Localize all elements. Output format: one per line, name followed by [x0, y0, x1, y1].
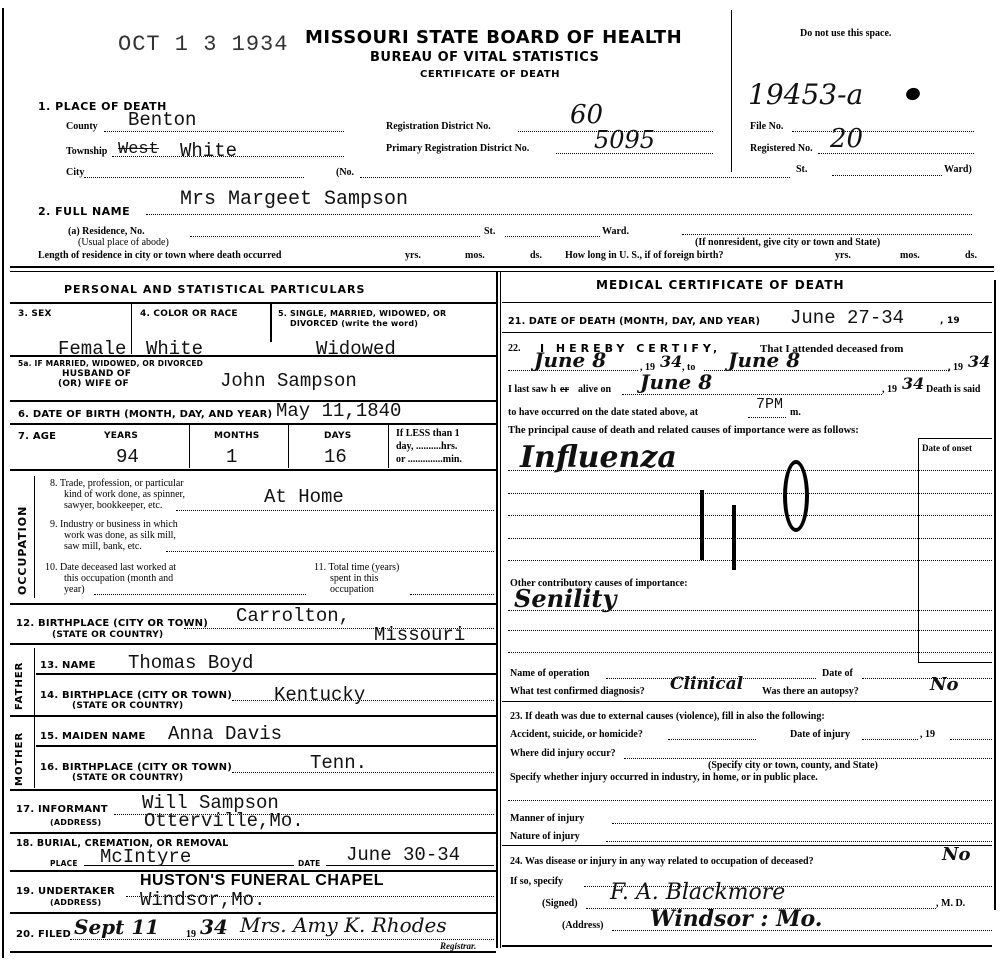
personal-section-title: PERSONAL AND STATISTICAL PARTICULARS — [64, 283, 365, 296]
accident-label: Accident, suicide, or homicide? — [510, 729, 643, 740]
spouse-value: John Sampson — [220, 370, 357, 392]
age-label: 7. AGE — [18, 431, 56, 442]
burial-date-value: June 30-34 — [346, 844, 460, 866]
column-divider — [496, 272, 498, 948]
marginal-annotation — [700, 490, 704, 560]
occurred-label: to have occurred on the date stated abov… — [508, 407, 698, 418]
reg-district-label: Registration District No. — [386, 121, 491, 132]
date-injury-label: Date of injury — [790, 729, 850, 740]
industry-label-3: saw mill, bank, etc. — [64, 541, 142, 552]
death-said-label: Death is said — [926, 384, 980, 395]
autopsy-label: Was there an autopsy? — [762, 686, 859, 697]
length-yrs: yrs. — [405, 250, 421, 261]
autopsy-value: No — [930, 674, 958, 695]
undertaker-name-value: HUSTON'S FUNERAL CHAPEL — [140, 872, 384, 890]
foreign-ds: ds. — [965, 250, 977, 261]
foreign-yrs: yrs. — [835, 250, 851, 261]
external-causes-label: 23. If death was due to external causes … — [510, 711, 825, 722]
full-name-value: Mrs Margeet Sampson — [180, 188, 408, 211]
nature-injury-label: Nature of injury — [510, 831, 580, 842]
no-label: (No. — [336, 167, 354, 178]
file-no-label: File No. — [750, 121, 783, 132]
dob-value: May 11,1840 — [276, 400, 401, 422]
father-birthplace-value: Kentucky — [274, 684, 365, 706]
father-birthplace-label-2: (STATE OR COUNTRY) — [72, 701, 183, 711]
burial-place-value: McIntyre — [100, 846, 191, 868]
total-time-label-2: spent in this — [330, 573, 378, 584]
burial-place-label: PLACE — [50, 859, 78, 868]
residence-ward-label: Ward. — [602, 226, 629, 237]
full-name-label: 2. FULL NAME — [38, 205, 130, 218]
less-than-label-1: If LESS than 1 — [396, 428, 460, 439]
burial-date-label: DATE — [298, 859, 321, 868]
residence-st-label: St. — [484, 226, 495, 237]
where-injury-label: Where did injury occur? — [510, 748, 616, 759]
race-label: 4. COLOR OR RACE — [140, 309, 238, 319]
primary-reg-value: 5095 — [594, 126, 655, 154]
registrar-label: Registrar. — [440, 941, 476, 951]
filed-label: 20. FILED — [16, 929, 71, 940]
mother-name-label: 15. MAIDEN NAME — [40, 731, 145, 742]
filed-date-value: Sept 11 — [74, 915, 159, 939]
dod-value: June 27-34 — [790, 307, 904, 329]
left-border — [2, 8, 4, 958]
attended-from-year: 34 — [660, 352, 682, 371]
informant-address-label: (ADDRESS) — [50, 818, 101, 827]
physician-signature: F. A. Blackmore — [610, 880, 785, 905]
mother-side-label: MOTHER — [14, 732, 25, 786]
trade-label-3: sawyer, bookkeeper, etc. — [64, 500, 162, 511]
dob-label: 6. DATE OF BIRTH (MONTH, DAY, AND YEAR) — [18, 409, 272, 420]
spouse-label-2: HUSBAND OF — [62, 369, 131, 379]
trade-label-1: 8. Trade, profession, or particular — [50, 478, 184, 489]
months-label: MONTHS — [214, 431, 260, 441]
father-name-value: Thomas Boyd — [128, 652, 253, 674]
less-than-label-3: or ..............min. — [396, 454, 462, 465]
undertaker-label: 19. UNDERTAKER — [16, 886, 115, 897]
file-number-dot — [904, 86, 921, 102]
mother-name-value: Anna Davis — [168, 723, 282, 745]
last-saw-date: June 8 — [640, 370, 712, 394]
last-worked-label-1: 10. Date deceased last worked at — [45, 562, 176, 573]
nonresident-note: (If nonresident, give city or town and S… — [695, 237, 880, 248]
document-subtitle: BUREAU OF VITAL STATISTICS — [370, 50, 599, 65]
city-label: City — [66, 167, 84, 178]
manner-injury-label: Manner of injury — [510, 813, 584, 824]
md-label: , M. D. — [936, 898, 965, 909]
occupation-side-label: OCCUPATION — [16, 506, 29, 595]
spouse-label-1: 5a. IF MARRIED, WIDOWED, OR DIVORCED — [18, 359, 203, 368]
last-worked-label-3: year) — [64, 584, 85, 595]
medical-section-title: MEDICAL CERTIFICATE OF DEATH — [596, 278, 845, 292]
residence-label: (a) Residence, No. — [68, 226, 145, 237]
registered-no-value: 20 — [830, 124, 863, 154]
years-label: YEARS — [104, 431, 138, 441]
attended-to-date: June 8 — [728, 348, 800, 372]
mother-birthplace-label-1: 16. BIRTHPLACE (CITY OR TOWN) — [40, 762, 232, 773]
trade-value: At Home — [264, 486, 344, 508]
right-border — [994, 280, 996, 910]
birthplace-city-value: Carrolton, — [236, 605, 350, 627]
signed-label: (Signed) — [542, 898, 578, 909]
file-number-value: 19453-a — [748, 78, 863, 111]
last-saw-year-prefix: , 19 — [882, 384, 897, 395]
header-divider — [731, 10, 732, 172]
undertaker-address-label: (ADDRESS) — [50, 898, 101, 907]
months-value: 1 — [226, 446, 237, 468]
attended-to-year-prefix: , 19 — [948, 362, 963, 373]
marital-label-1: 5. SINGLE, MARRIED, WIDOWED, OR — [278, 309, 446, 318]
attended-from-date: June 8 — [534, 348, 606, 372]
primary-reg-label: Primary Registration District No. — [386, 143, 529, 154]
father-name-label: 13. NAME — [40, 660, 96, 671]
attended-to-year: 34 — [968, 352, 990, 371]
father-birthplace-label-1: 14. BIRTHPLACE (CITY OR TOWN) — [40, 690, 232, 701]
total-time-label-1: 11. Total time (years) — [314, 562, 399, 573]
foreign-mos: mos. — [900, 250, 920, 261]
registrar-signature: Mrs. Amy K. Rhodes — [240, 913, 447, 937]
ward-label: Ward) — [944, 164, 972, 175]
specify-whether-label: Specify whether injury occurred in indus… — [510, 772, 818, 783]
county-value: Benton — [128, 109, 196, 131]
filed-year-value: 34 — [200, 915, 228, 939]
township-value: White — [180, 140, 237, 162]
total-time-label-3: occupation — [330, 584, 374, 595]
filed-year-prefix: 19 — [186, 929, 196, 940]
contributory-cause-value: Senility — [514, 584, 616, 613]
date-onset-label: Date of onset — [922, 443, 992, 453]
last-saw-year: 34 — [902, 374, 924, 393]
residence-note: (Usual place of abode) — [78, 237, 169, 248]
informant-label: 17. INFORMANT — [16, 804, 108, 815]
last-worked-label-2: this occupation (month and — [64, 573, 173, 584]
physician-address-label: (Address) — [562, 920, 603, 931]
occupation-related-label: 24. Was disease or injury in any way rel… — [510, 856, 814, 867]
sex-label: 3. SEX — [18, 309, 52, 319]
days-value: 16 — [324, 446, 347, 468]
marital-label-2: DIVORCED (write the word) — [290, 319, 418, 328]
dod-label: 21. DATE OF DEATH (MONTH, DAY, AND YEAR) — [508, 316, 760, 327]
test-confirmed-value: Clinical — [670, 674, 743, 694]
trade-label-2: kind of work done, as spinner, — [64, 489, 185, 500]
certify-number: 22. — [508, 343, 521, 354]
mother-birthplace-value: Tenn. — [310, 752, 367, 774]
test-confirmed-label: What test confirmed diagnosis? — [510, 686, 645, 697]
physician-address-value: Windsor : Mo. — [650, 906, 822, 932]
received-stamp: OCT 1 3 1934 — [118, 32, 288, 57]
operation-label: Name of operation — [510, 668, 589, 679]
industry-label-1: 9. Industry or business in which — [50, 519, 178, 530]
undertaker-address-value: Windsor,Mo. — [140, 889, 265, 911]
informant-address-value: Otterville,Mo. — [144, 810, 304, 832]
township-label: Township — [66, 146, 107, 157]
time-of-death-value: 7PM — [756, 396, 783, 413]
birthplace-label-1: 12. BIRTHPLACE (CITY OR TOWN) — [16, 618, 208, 629]
last-saw-label: I last saw h — [508, 384, 556, 395]
years-value: 94 — [116, 446, 139, 468]
specify-place-note: (Specify city or town, county, and State… — [708, 760, 878, 771]
registered-no-label: Registered No. — [750, 143, 813, 154]
days-label: DAYS — [324, 431, 351, 441]
operation-date-label: Date of — [822, 668, 853, 679]
length-residence-label: Length of residence in city or town wher… — [38, 250, 281, 261]
last-saw-struck: er — [560, 384, 569, 395]
occupation-related-value: No — [942, 844, 970, 865]
length-mos: mos. — [465, 250, 485, 261]
date-injury-suffix: , 19 — [920, 729, 935, 740]
spouse-label-3: (OR) WIFE OF — [58, 379, 129, 389]
if-so-specify-label: If so, specify — [510, 876, 563, 887]
alive-on-label: alive on — [578, 384, 611, 395]
dod-suffix: , 19 — [940, 316, 960, 326]
foreign-birth-label: How long in U. S., if of foreign birth? — [565, 250, 723, 261]
time-suffix: m. — [790, 407, 801, 418]
document-title: MISSOURI STATE BOARD OF HEALTH — [305, 27, 682, 48]
county-label: County — [66, 121, 98, 132]
cause-label: The principal cause of death and related… — [508, 425, 859, 436]
township-struck: West — [118, 140, 159, 159]
form-name: CERTIFICATE OF DEATH — [420, 69, 560, 80]
less-than-label-2: day, ..........hrs. — [396, 441, 457, 452]
father-side-label: FATHER — [14, 662, 25, 710]
mother-birthplace-label-2: (STATE OR COUNTRY) — [72, 773, 183, 783]
industry-label-2: work was done, as silk mill, — [64, 530, 176, 541]
primary-cause-value: Influenza — [520, 440, 677, 475]
length-ds: ds. — [530, 250, 542, 261]
birthplace-label-2: (STATE OR COUNTRY) — [52, 630, 163, 640]
st-label: St. — [796, 164, 807, 175]
do-not-use-note: Do not use this space. — [800, 28, 891, 39]
